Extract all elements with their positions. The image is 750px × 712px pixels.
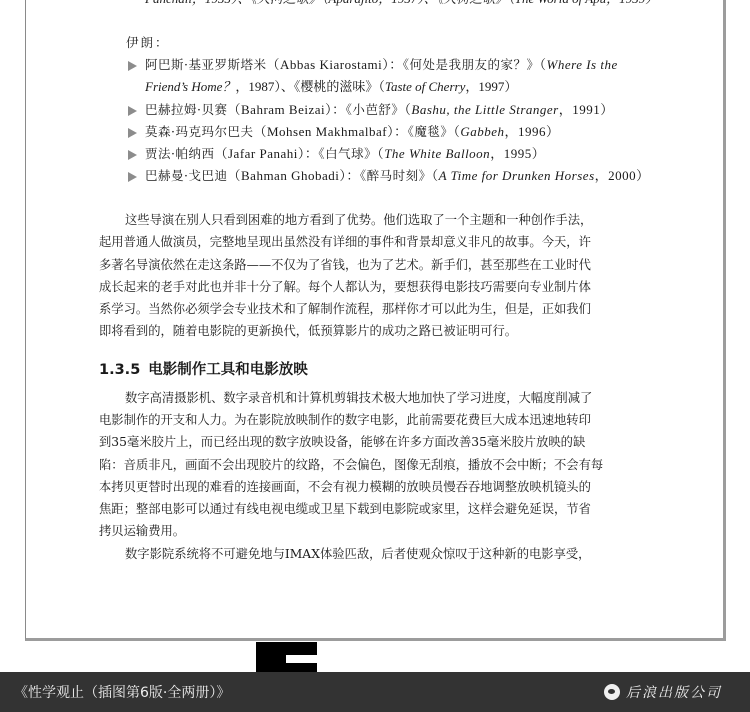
bullet-triangle-icon [128,61,137,71]
publisher-brand: 后浪出版公司 [604,682,722,702]
bullet-triangle-icon [128,150,137,160]
bullet-triangle-icon [128,172,137,182]
paragraph-line: 电影制作的开支和人力。为在影院放映制作的数字电影，此前需要花费巨大成本迅速地转印 [99,409,633,432]
paragraph-line: 陷：音质非凡，画面不会出现胶片的纹路，不会偏色，图像无刮痕，播放不会中断；不会有… [99,454,633,477]
paragraph-line: 本拷贝更替时出现的难看的连接画面，不会有视力模糊的放映员慢吞吞地调整放映机镜头的 [99,476,633,499]
film-zh-title: 《何处是我朋友的家？》 [403,57,540,72]
image-placeholder-inner [286,655,317,663]
film-en-title: The White Balloon [384,146,490,161]
paragraph-line: 起用普通人做演员，完整地呈现出虽然没有详细的事件和背景却意义非凡的故事。今天，许 [99,231,633,254]
director-zh-name: 巴赫曼·戈巴迪 [145,168,227,183]
section-title-text: 电影制作工具和电影放映 [148,362,308,378]
list-item: 巴赫拉姆·贝赛（Bahram Beizai）：《小芭舒》（Bashu, the … [128,99,614,121]
director-zh-name: 巴赫拉姆·贝赛 [145,102,227,117]
paragraph-line: 数字高清摄影机、数字录音机和计算机剪辑技术极大地加快了学习进度，大幅度削减了 [99,387,659,410]
publisher-name: 后浪出版公司 [626,685,722,701]
director-en-name: Bahram Beizai [241,102,325,117]
film-year: 1996 [518,124,546,139]
film-zh-title: 《魔毯》 [408,124,454,139]
paragraph-line: 系学习。当然你必须学会专业技术和了解制作流程，那样你才可以此为生，但是，正如我们 [99,298,633,321]
director-en-name: Mohsen Makhmalbaf [267,124,387,139]
film-zh-title: 《白气球》 [318,146,377,161]
film-year-text: ，1987）、《樱桃的滋味》（ [235,79,385,94]
list-item: 阿巴斯·基亚罗斯塔米（Abbas Kiarostami）：《何处是我朋友的家？》… [128,54,618,76]
paragraph-line: 拷贝运输费用。 [99,520,633,543]
footer-bar: 《性学观止（插图第6版·全两册）》 后浪出版公司 [0,672,750,712]
clipped-top-text: Panchali，1955）、《大河之歌》（Aparajito，1957）、《大… [145,0,658,6]
list-item-continuation: Friend’s Home？，1987）、《樱桃的滋味》（Taste of Ch… [145,76,517,98]
paragraph-line: 这些导演在别人只看到困难的地方看到了优势。他们选取了一个主题和一种创作手法， [99,209,659,232]
director-en-name: Jafar Panahi [228,146,298,161]
image-placeholder-block [256,642,317,672]
film-en-title: Where Is the [547,57,618,72]
director-zh-name: 贾法·帕纳西 [145,146,214,161]
paragraph-line: 焦距；整部电影可以通过有线电视电缆或卫星下载到电影院或家里，这样会避免延误，节省 [99,498,633,521]
film-en-title: Taste of Cherry [385,79,465,94]
film-year: 2000 [608,168,636,183]
director-en-name: Bahman Ghobadi [241,168,339,183]
film-zh-title: 《醉马时刻》 [360,168,432,183]
country-heading: 伊朗： [126,33,170,51]
director-zh-name: 莫森·玛克玛尔巴夫 [145,124,253,139]
film-zh-title: 《小芭舒》 [346,102,405,117]
film-en-title: Friend’s Home？ [145,79,235,94]
bullet-triangle-icon [128,128,137,138]
section-heading: 1.3.5电影制作工具和电影放映 [99,358,308,379]
paragraph-line: 成长起来的老手对此也并非十分了解。每个人都认为，要想获得电影技巧需要向专业制片体 [99,276,633,299]
list-item: 巴赫曼·戈巴迪（Bahman Ghobadi）：《醉马时刻》（A Time fo… [128,165,650,187]
paragraph-line: 到35毫米胶片上，而已经出现的数字放映设备，能够在许多方面改善35毫米胶片放映的… [99,431,633,454]
film-en-title: Gabbeh [460,124,504,139]
paragraph-line: 多著名导演依然在走这条路——不仅为了省钱，也为了艺术。新手们，甚至那些在工业时代 [99,254,633,277]
film-year: ，1997） [465,79,517,94]
publisher-logo-icon [604,684,620,700]
paragraph-line: 即将看到的，随着电影院的更新换代，低预算影片的成功之路已被证明可行。 [99,320,633,343]
film-en-title: A Time for Drunken Horses [439,168,595,183]
paragraph-line: 数字影院系统将不可避免地与IMAX体验匹敌，后者使观众惊叹于这种新的电影享受， [99,543,659,566]
list-item: 贾法·帕纳西（Jafar Panahi）：《白气球》（The White Bal… [128,143,545,165]
bullet-triangle-icon [128,106,137,116]
film-year: 1995 [504,146,532,161]
director-en-name: Abbas Kiarostami [280,57,382,72]
director-zh-name: 阿巴斯·基亚罗斯塔米 [145,57,266,72]
clipped-top-line: Panchali，1955）、《大河之歌》（Aparajito，1957）、《大… [145,0,658,10]
list-item: 莫森·玛克玛尔巴夫（Mohsen Makhmalbaf）：《魔毯》（Gabbeh… [128,121,560,143]
book-title: 《性学观止（插图第6版·全两册）》 [14,682,230,702]
section-number: 1.3.5 [99,362,140,378]
film-en-title: Bashu, the Little Stranger [411,102,558,117]
film-year: 1991 [572,102,600,117]
